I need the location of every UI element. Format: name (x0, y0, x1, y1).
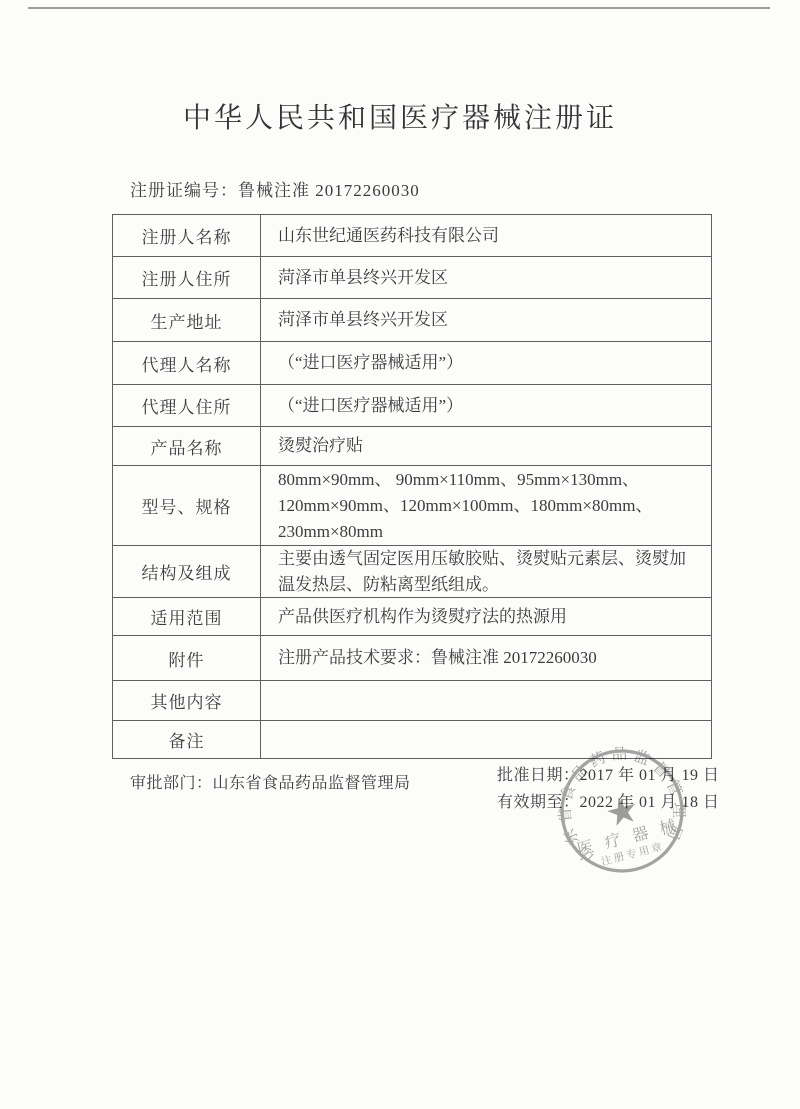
table-row-value: 菏泽市单县终兴开发区 (261, 257, 711, 298)
table-row: 注册人名称 山东世纪通医药科技有限公司 (113, 215, 711, 257)
svg-text:东: 东 (560, 825, 583, 847)
table-row-label: 其他内容 (113, 681, 261, 720)
table-row-label: 代理人名称 (113, 342, 261, 384)
approval-department: 审批部门：山东省食品药品监督管理局 (130, 770, 411, 793)
approve-date: 批准日期：2017 年 01 月 19 日 (497, 762, 720, 789)
scanned-certificate-page: 中华人民共和国医疗器械注册证 注册证编号：鲁械注准 20172260030 注册… (0, 0, 800, 1109)
table-row-label: 注册人住所 (113, 257, 261, 298)
table-row-value: 山东世纪通医药科技有限公司 (261, 215, 711, 256)
table-row-value: （“进口医疗器械适用”） (261, 385, 711, 426)
page-title: 中华人民共和国医疗器械注册证 (0, 96, 800, 136)
table-row-label: 注册人名称 (113, 215, 261, 256)
stamp-text-line2: 注册专用章 (600, 840, 666, 868)
table-row-label: 附件 (113, 636, 261, 680)
table-row: 附件 注册产品技术要求：鲁械注准 20172260030 (113, 636, 711, 681)
table-row-value: （“进口医疗器械适用”） (261, 342, 711, 384)
table-row-value: 产品供医疗机构作为烫熨疗法的热源用 (261, 598, 711, 635)
svg-text:山: 山 (574, 843, 597, 867)
table-row-label: 适用范围 (113, 598, 261, 635)
certificate-number: 注册证编号：鲁械注准 20172260030 (130, 176, 420, 201)
table-row: 代理人名称 （“进口医疗器械适用”） (113, 342, 711, 385)
table-row-value (261, 721, 711, 758)
table-row: 结构及组成 主要由透气固定医用压敏胶贴、烫熨贴元素层、烫熨加温发热层、防粘离型纸… (113, 546, 711, 598)
table-row-label: 备注 (113, 721, 261, 758)
table-row: 生产地址 菏泽市单县终兴开发区 (113, 299, 711, 342)
table-row: 备注 (113, 721, 711, 758)
table-row: 产品名称 烫熨治疗贴 (113, 427, 711, 466)
table-row-label: 代理人住所 (113, 385, 261, 426)
table-row-value: 烫熨治疗贴 (261, 427, 711, 465)
table-row-value: 注册产品技术要求：鲁械注准 20172260030 (261, 636, 711, 680)
certificate-table: 注册人名称 山东世纪通医药科技有限公司 注册人住所 菏泽市单县终兴开发区 生产地… (112, 214, 712, 759)
stamp-text-line1: 医 疗 器 械 (575, 816, 681, 859)
date-block: 批准日期：2017 年 01 月 19 日 有效期至：2022 年 01 月 1… (497, 762, 720, 816)
valid-until-date: 有效期至：2022 年 01 月 18 日 (497, 789, 720, 816)
table-row-label: 型号、规格 (113, 466, 261, 545)
table-row: 型号、规格 80mm×90mm、 90mm×110mm、95mm×130mm、 … (113, 466, 711, 546)
table-row: 代理人住所 （“进口医疗器械适用”） (113, 385, 711, 427)
table-row-label: 生产地址 (113, 299, 261, 341)
table-row: 注册人住所 菏泽市单县终兴开发区 (113, 257, 711, 299)
table-row: 适用范围 产品供医疗机构作为烫熨疗法的热源用 (113, 598, 711, 636)
svg-text:局: 局 (663, 822, 685, 843)
table-row-value: 主要由透气固定医用压敏胶贴、烫熨贴元素层、烫熨加温发热层、防粘离型纸组成。 (261, 546, 711, 597)
table-row-value: 80mm×90mm、 90mm×110mm、95mm×130mm、 120mm×… (261, 466, 711, 545)
table-row-value: 菏泽市单县终兴开发区 (261, 299, 711, 341)
table-row-label: 结构及组成 (113, 546, 261, 597)
scan-artifact-line (28, 7, 770, 9)
table-row: 其他内容 (113, 681, 711, 721)
table-row-value (261, 681, 711, 720)
table-row-label: 产品名称 (113, 427, 261, 465)
